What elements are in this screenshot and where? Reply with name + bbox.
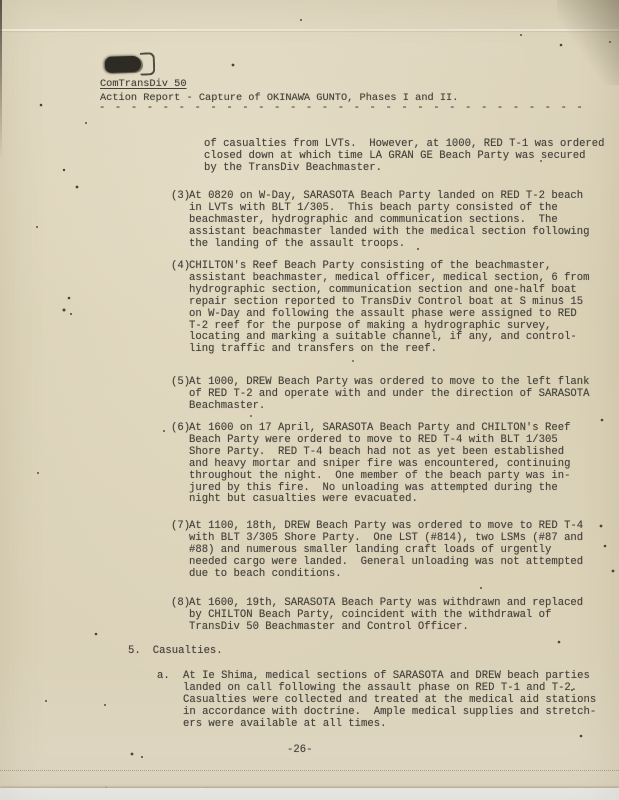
item-text: At 1600 on 17 April, SARASOTA Beach Part… <box>189 422 570 505</box>
item-marker: (5) <box>171 377 190 389</box>
corner-shadow <box>557 0 619 85</box>
section-heading-casualties: 5.Casualties. <box>128 646 223 658</box>
page-edge-shadow <box>0 0 2 160</box>
stamp-ink-blob <box>105 56 142 73</box>
item-text: At 0820 on W-Day, SARASOTA Beach Party l… <box>189 190 590 250</box>
item-marker: a. <box>157 671 170 683</box>
item-marker: (6) <box>171 423 190 435</box>
item-text: At 1000, DREW Beach Party was ordered to… <box>189 376 590 412</box>
scan-background-strip <box>0 788 619 800</box>
section-title: Casualties. <box>153 645 223 657</box>
list-item-7: (7) At 1100, 18th, DREW Beach Party was … <box>171 521 601 581</box>
censor-stamp <box>105 51 158 77</box>
list-item-4: (4) CHILTON's Reef Beach Party consistin… <box>171 261 601 356</box>
paper-crease-top <box>0 29 619 31</box>
sub-item-a: a. At Ie Shima, medical sections of SARA… <box>157 671 603 731</box>
list-item-6: (6) At 1600 on 17 April, SARASOTA Beach … <box>171 423 601 506</box>
list-item-5: (5) At 1000, DREW Beach Party was ordere… <box>171 377 609 413</box>
dashed-rule: - - - - - - - - - - - - - - - - - - - - … <box>99 103 584 115</box>
item-marker: (7) <box>171 521 190 533</box>
list-item-3: (3) At 0820 on W-Day, SARASOTA Beach Par… <box>171 191 601 251</box>
page-number: -26- <box>287 745 312 757</box>
stamp-bracket <box>140 52 156 76</box>
section-number: 5. <box>128 645 141 657</box>
item-marker: (8) <box>171 598 190 610</box>
item-text: CHILTON's Reef Beach Party consisting of… <box>189 260 590 355</box>
paragraph-continuation: of casualties from LVTs. However, at 100… <box>204 139 616 175</box>
item-text: At 1600, 19th, SARASOTA Beach Party was … <box>189 597 583 633</box>
report-org-line: ComTransDiv 50 <box>100 79 187 91</box>
item-marker: (3) <box>171 191 190 203</box>
list-item-8: (8) At 1600, 19th, SARASOTA Beach Party … <box>171 598 601 634</box>
paper-crease-bottom <box>0 770 619 771</box>
item-marker: (4) <box>171 261 190 273</box>
item-text: At Ie Shima, medical sections of SARASOT… <box>183 670 596 730</box>
scanned-page: ComTransDiv 50 Action Report - Capture o… <box>0 0 619 800</box>
item-text: At 1100, 18th, DREW Beach Party was orde… <box>189 520 583 580</box>
